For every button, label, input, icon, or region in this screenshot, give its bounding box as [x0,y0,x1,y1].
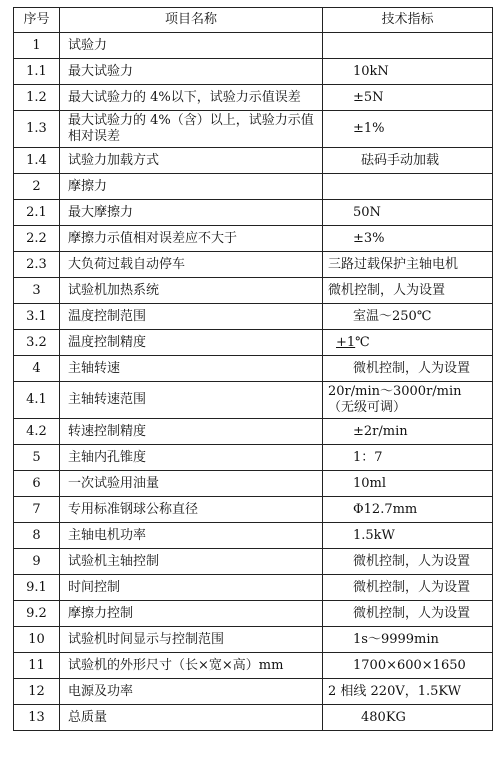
spec-cell: 1.5kW [323,523,493,549]
spec-cell: 20r/min～3000r/min （无级可调） [323,382,493,419]
spec-cell: 微机控制，人为设置 [323,278,493,304]
table-row: 6 一次试验用油量 10ml [14,471,493,497]
table-row: 3.1 温度控制范围 室温～250℃ [14,304,493,330]
serial-cell: 1.3 [14,111,60,148]
table-row: 1 试验力 [14,33,493,59]
spec-text: 10kN [353,64,389,79]
serial-cell: 11 [14,653,60,679]
spec-text: 微机控制，人为设置 [353,361,470,376]
spec-cell: 10kN [323,59,493,85]
spec-text: 砝码手动加载 [361,153,439,168]
spec-text: ±1% [353,121,385,136]
table-row: 10 试验机时间显示与控制范围 1s～9999min [14,627,493,653]
spec-text: ±2r/min [353,424,408,439]
table-row: 4.2 转速控制精度 ±2r/min [14,419,493,445]
serial-cell: 4.2 [14,419,60,445]
spec-cell: 微机控制，人为设置 [323,356,493,382]
spec-cell: 室温～250℃ [323,304,493,330]
table-row: 3.2 温度控制精度 +1℃ [14,330,493,356]
header-row: 序号 项目名称 技术指标 [14,8,493,33]
serial-cell: 13 [14,705,60,731]
table-row: 9.2 摩擦力控制 微机控制，人为设置 [14,601,493,627]
item-name-cell: 时间控制 [60,575,323,601]
spec-cell: 10ml [323,471,493,497]
spec-cell: ±2r/min [323,419,493,445]
spec-cell: ±3% [323,226,493,252]
item-name-cell: 最大摩擦力 [60,200,323,226]
spec-cell: 微机控制，人为设置 [323,549,493,575]
spec-cell: 微机控制，人为设置 [323,601,493,627]
item-name-cell: 摩擦力示值相对误差应不大于 [60,226,323,252]
table-row: 2 摩擦力 [14,174,493,200]
serial-cell: 2 [14,174,60,200]
table-row: 2.2 摩擦力示值相对误差应不大于 ±3% [14,226,493,252]
spec-text: 三路过载保护主轴电机 [328,257,458,272]
table-row: 3 试验机加热系统 微机控制，人为设置 [14,278,493,304]
spec-text: 2 相线 220V，1.5KW [328,684,461,699]
serial-cell: 1 [14,33,60,59]
table-row: 9.1 时间控制 微机控制，人为设置 [14,575,493,601]
table-row: 1.3 最大试验力的 4%（含）以上，试验力示值相对误差 ±1% [14,111,493,148]
item-name-cell: 主轴转速 [60,356,323,382]
header-technical-spec: 技术指标 [323,8,493,33]
spec-text: 50N [353,205,381,220]
table-row: 4.1 主轴转速范围 20r/min～3000r/min （无级可调） [14,382,493,419]
table-row: 1.4 试验力加载方式 砝码手动加载 [14,148,493,174]
spec-text: 480KG [361,710,406,725]
header-serial-number: 序号 [14,8,60,33]
table-row: 7 专用标准钢球公称直径 Φ12.7mm [14,497,493,523]
table-row: 11 试验机的外形尺寸（长×宽×高）mm 1700×600×1650 [14,653,493,679]
item-name-cell: 温度控制精度 [60,330,323,356]
table-row: 2.1 最大摩擦力 50N [14,200,493,226]
item-name-cell: 温度控制范围 [60,304,323,330]
serial-cell: 1.2 [14,85,60,111]
serial-cell: 6 [14,471,60,497]
serial-cell: 10 [14,627,60,653]
serial-cell: 1.1 [14,59,60,85]
spec-text: ℃ [355,335,370,350]
item-name-cell: 转速控制精度 [60,419,323,445]
spec-cell: 50N [323,200,493,226]
spec-cell: 砝码手动加载 [323,148,493,174]
item-name-cell: 试验机的外形尺寸（长×宽×高）mm [60,653,323,679]
spec-cell: ±5N [323,85,493,111]
table-row: 1.2 最大试验力的 4%以下，试验力示值误差 ±5N [14,85,493,111]
table-row: 13 总质量 480KG [14,705,493,731]
serial-cell: 7 [14,497,60,523]
spec-cell: 微机控制，人为设置 [323,575,493,601]
spec-cell: 480KG [323,705,493,731]
spec-table: 序号 项目名称 技术指标 1 试验力 1.1 最大试验力 10kN 1.2 最大… [13,7,493,731]
spec-text: 室温～250℃ [353,309,431,324]
serial-cell: 1.4 [14,148,60,174]
serial-cell: 3.2 [14,330,60,356]
item-name-cell: 摩擦力控制 [60,601,323,627]
spec-cell: Φ12.7mm [323,497,493,523]
spec-text: 微机控制，人为设置 [328,283,445,298]
item-name-cell: 试验力 [60,33,323,59]
item-name-cell: 试验机时间显示与控制范围 [60,627,323,653]
spec-text: 1700×600×1650 [353,658,466,673]
spec-cell [323,33,493,59]
table-row: 5 主轴内孔锥度 1：7 [14,445,493,471]
spec-text: Φ12.7mm [353,502,417,517]
item-name-cell: 最大试验力的 4%（含）以上，试验力示值相对误差 [60,111,323,148]
spec-text: ±5N [353,90,384,105]
spec-cell: ±1% [323,111,493,148]
item-name-cell: 试验力加载方式 [60,148,323,174]
item-name-cell: 主轴电机功率 [60,523,323,549]
spec-text: 1s～9999min [353,632,439,647]
table-row: 1.1 最大试验力 10kN [14,59,493,85]
spec-text: ±3% [353,231,385,246]
spec-cell: 2 相线 220V，1.5KW [323,679,493,705]
serial-cell: 3 [14,278,60,304]
serial-cell: 4.1 [14,382,60,419]
serial-cell: 9.2 [14,601,60,627]
item-name-cell: 试验机加热系统 [60,278,323,304]
serial-cell: 3.1 [14,304,60,330]
spec-cell: 三路过载保护主轴电机 [323,252,493,278]
item-name-cell: 最大试验力的 4%以下，试验力示值误差 [60,85,323,111]
spec-text: 20r/min～3000r/min （无级可调） [328,384,462,415]
serial-cell: 8 [14,523,60,549]
table-row: 2.3 大负荷过载自动停车 三路过载保护主轴电机 [14,252,493,278]
item-name-cell: 一次试验用油量 [60,471,323,497]
serial-cell: 2.2 [14,226,60,252]
spec-cell: 1s～9999min [323,627,493,653]
spec-text: 10ml [353,476,386,491]
header-item-name: 项目名称 [60,8,323,33]
spec-cell: 1：7 [323,445,493,471]
item-name-cell: 专用标准钢球公称直径 [60,497,323,523]
spec-cell: +1℃ [323,330,493,356]
spec-text: 1：7 [353,450,383,465]
serial-cell: 2.1 [14,200,60,226]
serial-cell: 9 [14,549,60,575]
spec-text: 微机控制，人为设置 [353,554,470,569]
item-name-cell: 主轴转速范围 [60,382,323,419]
item-name-cell: 试验机主轴控制 [60,549,323,575]
serial-cell: 9.1 [14,575,60,601]
spec-text: 微机控制，人为设置 [353,580,470,595]
table-row: 9 试验机主轴控制 微机控制，人为设置 [14,549,493,575]
item-name-cell: 总质量 [60,705,323,731]
table-row: 12 电源及功率 2 相线 220V，1.5KW [14,679,493,705]
item-name-cell: 主轴内孔锥度 [60,445,323,471]
serial-cell: 4 [14,356,60,382]
spec-text: 微机控制，人为设置 [353,606,470,621]
item-name-cell: 最大试验力 [60,59,323,85]
item-name-cell: 电源及功率 [60,679,323,705]
serial-cell: 5 [14,445,60,471]
item-name-cell: 大负荷过载自动停车 [60,252,323,278]
spec-cell: 1700×600×1650 [323,653,493,679]
serial-cell: 12 [14,679,60,705]
spec-cell [323,174,493,200]
table-row: 4 主轴转速 微机控制，人为设置 [14,356,493,382]
table-header: 序号 项目名称 技术指标 [14,8,493,33]
serial-cell: 2.3 [14,252,60,278]
spec-text: 1.5kW [353,528,395,543]
spec-underlined-part: +1 [336,335,355,350]
table-body: 1 试验力 1.1 最大试验力 10kN 1.2 最大试验力的 4%以下，试验力… [14,33,493,731]
table-row: 8 主轴电机功率 1.5kW [14,523,493,549]
item-name-cell: 摩擦力 [60,174,323,200]
